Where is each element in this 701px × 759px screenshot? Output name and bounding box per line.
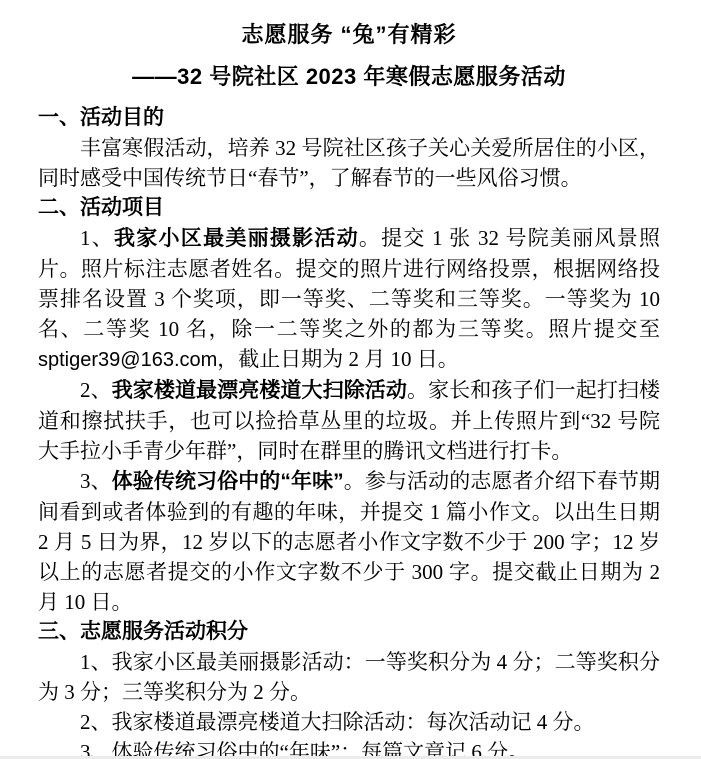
email-text: sptiger39@163.com xyxy=(38,349,217,371)
bold-run: 体验传统习俗中的“年味” xyxy=(112,470,344,493)
paragraph: 3、体验传统习俗中的“年味”。参与活动的志愿者介绍下春节期间看到或者体验到的有趣… xyxy=(38,466,660,617)
paragraph: 丰富寒假活动，培养 32 号院社区孩子关心关爱所居住的小区，同时感受中国传统节日… xyxy=(38,133,660,193)
document-page: 志愿服务 “兔”有精彩 ——32 号院社区 2023 年寒假志愿服务活动 一、活… xyxy=(0,0,701,759)
bold-run: 我家楼道最漂亮楼道大扫除活动 xyxy=(112,379,407,402)
text-run: 1、 xyxy=(80,226,114,250)
document-subtitle: ——32 号院社区 2023 年寒假志愿服务活动 xyxy=(38,63,660,90)
text-run: 2、我家楼道最漂亮楼道大扫除活动：每次活动记 4 分。 xyxy=(80,710,595,734)
text-run: 3、 xyxy=(80,469,112,493)
bold-run: 我家小区最美丽摄影活动 xyxy=(114,227,359,250)
document-body: 一、活动目的丰富寒假活动，培养 32 号院社区孩子关心关爱所居住的小区，同时感受… xyxy=(38,103,660,759)
text-run: 2、 xyxy=(80,378,112,402)
text-run: ，截止日期为 2 月 10 日。 xyxy=(217,347,459,371)
section-heading: 一、活动目的 xyxy=(38,103,660,133)
text-run: 丰富寒假活动，培养 32 号院社区孩子关心关爱所居住的小区，同时感受中国传统节日… xyxy=(38,136,660,190)
document-title: 志愿服务 “兔”有精彩 xyxy=(38,21,660,48)
section-heading: 三、志愿服务活动积分 xyxy=(38,617,660,647)
paragraph: 2、我家楼道最漂亮楼道大扫除活动。家长和孩子们一起打扫楼道和擦拭扶手，也可以捡拾… xyxy=(38,375,660,466)
section-heading: 二、活动项目 xyxy=(38,193,660,223)
paragraph: 1、我家小区最美丽摄影活动。提交 1 张 32 号院美丽风景照片。照片标注志愿者… xyxy=(38,223,660,375)
text-run: 1、我家小区最美丽摄影活动：一等奖积分为 4 分；二等奖积分为 3 分；三等奖积… xyxy=(38,650,660,704)
paragraph: 2、我家楼道最漂亮楼道大扫除活动：每次活动记 4 分。 xyxy=(38,707,660,737)
paragraph: 1、我家小区最美丽摄影活动：一等奖积分为 4 分；二等奖积分为 3 分；三等奖积… xyxy=(38,647,660,707)
